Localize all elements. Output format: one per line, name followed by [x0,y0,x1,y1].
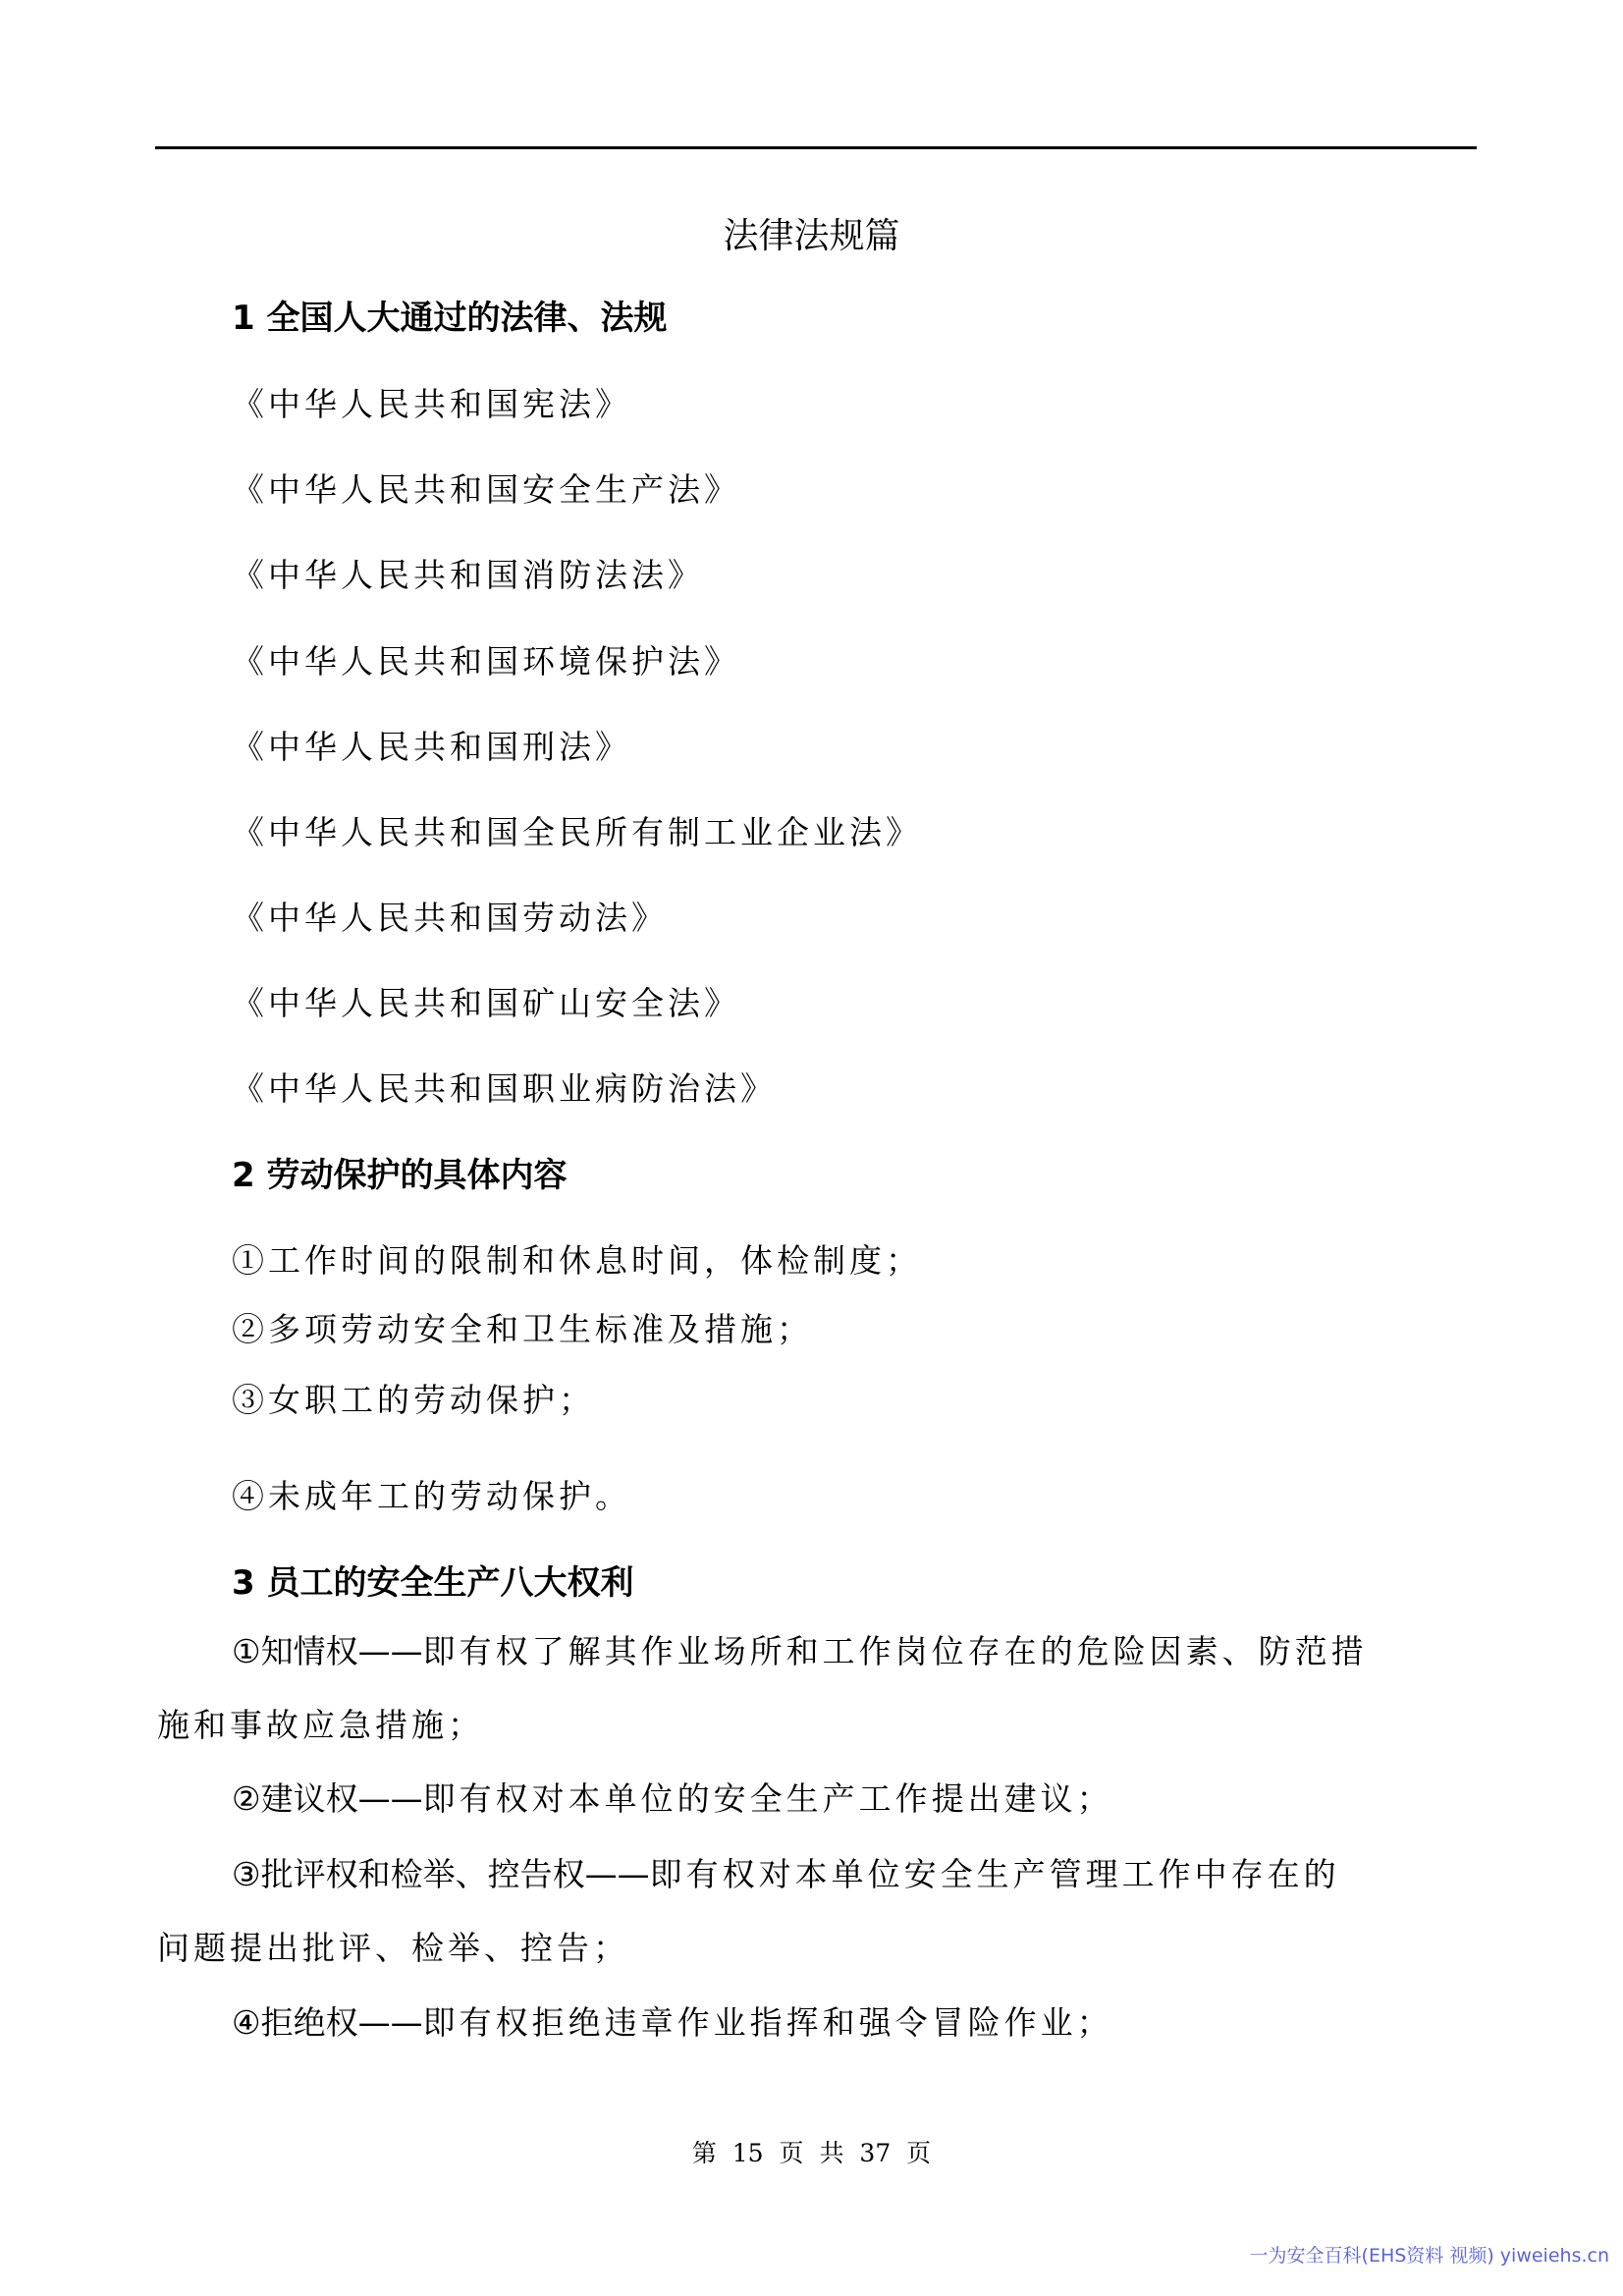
page-footer: 第 15 页 共 37 页 [0,2139,1623,2168]
law-item: 《中华人民共和国劳动法》 [232,897,668,940]
watermark: 一为安全百科(EHS资料 视频) yiweiehs.cn [1250,2241,1609,2268]
right-name: ③批评权和检举、控告权—— [232,1855,650,1893]
protection-item: ④未成年工的劳动保护。 [232,1475,631,1518]
right-item-1: ①知情权——即有权了解其作业场所和工作岗位存在的危险因素、防范措 [232,1630,1476,1673]
right-desc: 即有权了解其作业场所和工作岗位存在的危险因素、防范措 [423,1632,1368,1670]
law-item: 《中华人民共和国矿山安全法》 [232,982,740,1025]
right-name: ②建议权—— [232,1779,423,1818]
header-rule [155,146,1477,149]
section-heading-3: 3 员工的安全生产八大权利 [232,1561,634,1605]
right-desc: 即有权对本单位的安全生产工作提出建议； [423,1779,1113,1818]
protection-item: ①工作时间的限制和休息时间，体检制度； [232,1239,922,1283]
right-desc: 即有权拒绝违章作业指挥和强令冒险作业； [423,2003,1113,2042]
protection-item: ③女职工的劳动保护； [232,1379,595,1422]
protection-item: ②多项劳动安全和卫生标准及措施； [232,1308,813,1351]
law-item: 《中华人民共和国消防法法》 [232,554,704,597]
law-item: 《中华人民共和国职业病防治法》 [232,1067,777,1111]
right-item-2: ②建议权——即有权对本单位的安全生产工作提出建议； [232,1777,1476,1821]
section-heading-2: 2 劳动保护的具体内容 [232,1154,568,1197]
right-item-3-cont: 问题提出批评、检举、控告； [157,1927,629,1970]
right-item-1-cont: 施和事故应急措施； [157,1704,484,1747]
law-item: 《中华人民共和国安全生产法》 [232,468,740,512]
right-desc: 即有权对本单位安全生产管理工作中存在的 [650,1855,1340,1893]
right-name: ④拒绝权—— [232,2003,423,2042]
right-item-4: ④拒绝权——即有权拒绝违章作业指挥和强令冒险作业； [232,2001,1476,2045]
law-item: 《中华人民共和国全民所有制工业企业法》 [232,811,922,854]
law-item: 《中华人民共和国宪法》 [232,383,631,426]
page-title: 法律法规篇 [0,214,1623,259]
section-heading-1: 1 全国人大通过的法律、法规 [232,297,668,340]
right-item-3: ③批评权和检举、控告权——即有权对本单位安全生产管理工作中存在的 [232,1853,1476,1896]
law-item: 《中华人民共和国环境保护法》 [232,640,740,683]
law-item: 《中华人民共和国刑法》 [232,726,631,769]
right-name: ①知情权—— [232,1632,423,1670]
